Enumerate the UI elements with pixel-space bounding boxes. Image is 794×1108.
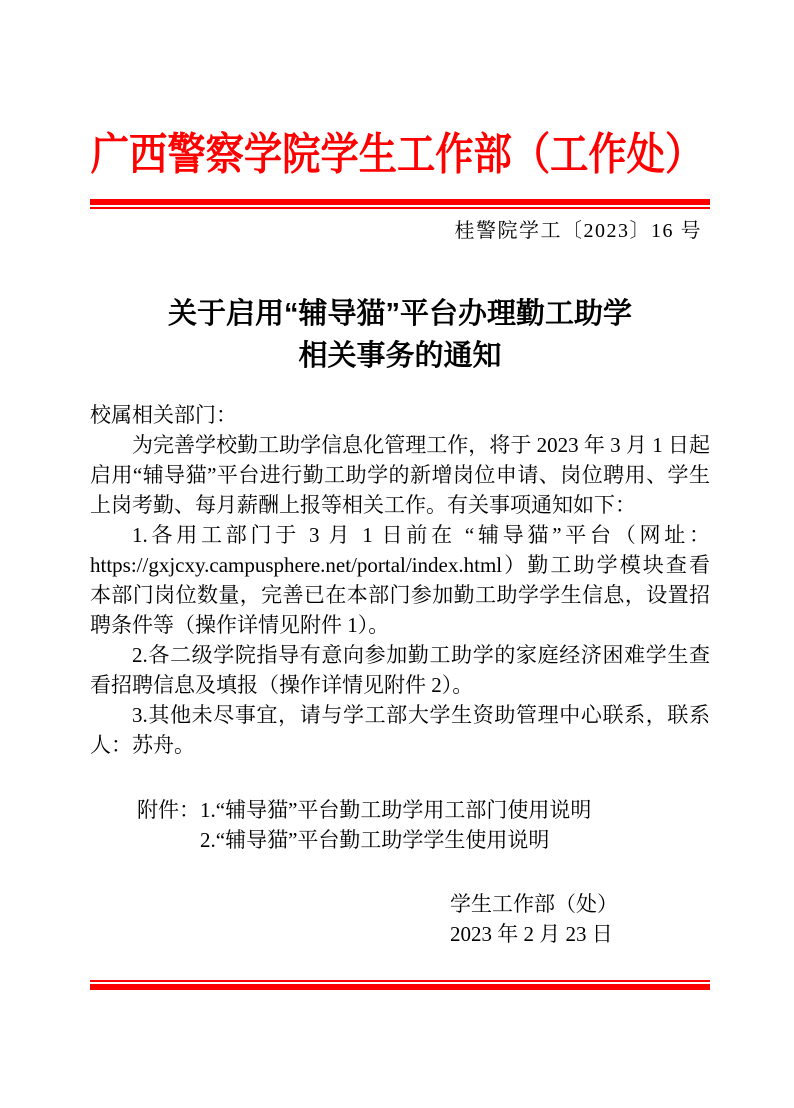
- signature-block: 学生工作部（处） 2023 年 2 月 23 日: [450, 889, 794, 949]
- document-number: 桂警院学工〔2023〕16 号: [90, 219, 710, 243]
- footer-divider-thick-line: [90, 984, 710, 990]
- document-title-line2: 相关事务的通知: [90, 335, 710, 377]
- signature-department: 学生工作部（处）: [450, 889, 794, 919]
- footer-divider: [90, 980, 710, 990]
- header-divider-thin-line: [90, 207, 710, 209]
- attachment-item-2: 2.“辅导猫”平台勤工助学学生使用说明: [200, 825, 591, 855]
- attachment-item-1: 1.“辅导猫”平台勤工助学用工部门使用说明: [200, 795, 591, 825]
- document-page: 广西警察学院学生工作部（工作处） 桂警院学工〔2023〕16 号 关于启用“辅导…: [0, 0, 794, 1108]
- salutation: 校属相关部门：: [90, 400, 710, 430]
- attachments-label: 附件：: [137, 795, 200, 855]
- header-divider: [90, 199, 710, 209]
- body-paragraph-3: 2.各二级学院指导有意向参加勤工助学的家庭经济困难学生查看招聘信息及填报（操作详…: [90, 640, 710, 700]
- attachments-list: 1.“辅导猫”平台勤工助学用工部门使用说明 2.“辅导猫”平台勤工助学学生使用说…: [200, 795, 591, 855]
- document-body: 校属相关部门： 为完善学校勤工助学信息化管理工作，将于 2023 年 3 月 1…: [90, 400, 710, 760]
- attachments-block: 附件： 1.“辅导猫”平台勤工助学用工部门使用说明 2.“辅导猫”平台勤工助学学…: [137, 795, 710, 855]
- document-title: 关于启用“辅导猫”平台办理勤工助学 相关事务的通知: [90, 293, 710, 377]
- signature-date: 2023 年 2 月 23 日: [450, 919, 794, 949]
- letterhead: 广西警察学院学生工作部（工作处）: [0, 0, 794, 177]
- document-title-line1: 关于启用“辅导猫”平台办理勤工助学: [90, 293, 710, 335]
- organization-title: 广西警察学院学生工作部（工作处）: [91, 133, 703, 177]
- body-paragraph-1: 为完善学校勤工助学信息化管理工作，将于 2023 年 3 月 1 日起启用“辅导…: [90, 430, 710, 520]
- body-paragraph-4: 3.其他未尽事宜，请与学工部大学生资助管理中心联系，联系人：苏舟。: [90, 700, 710, 760]
- body-paragraph-2: 1.各用工部门于 3 月 1 日前在 “辅导猫”平台（网址：https://gx…: [90, 520, 710, 640]
